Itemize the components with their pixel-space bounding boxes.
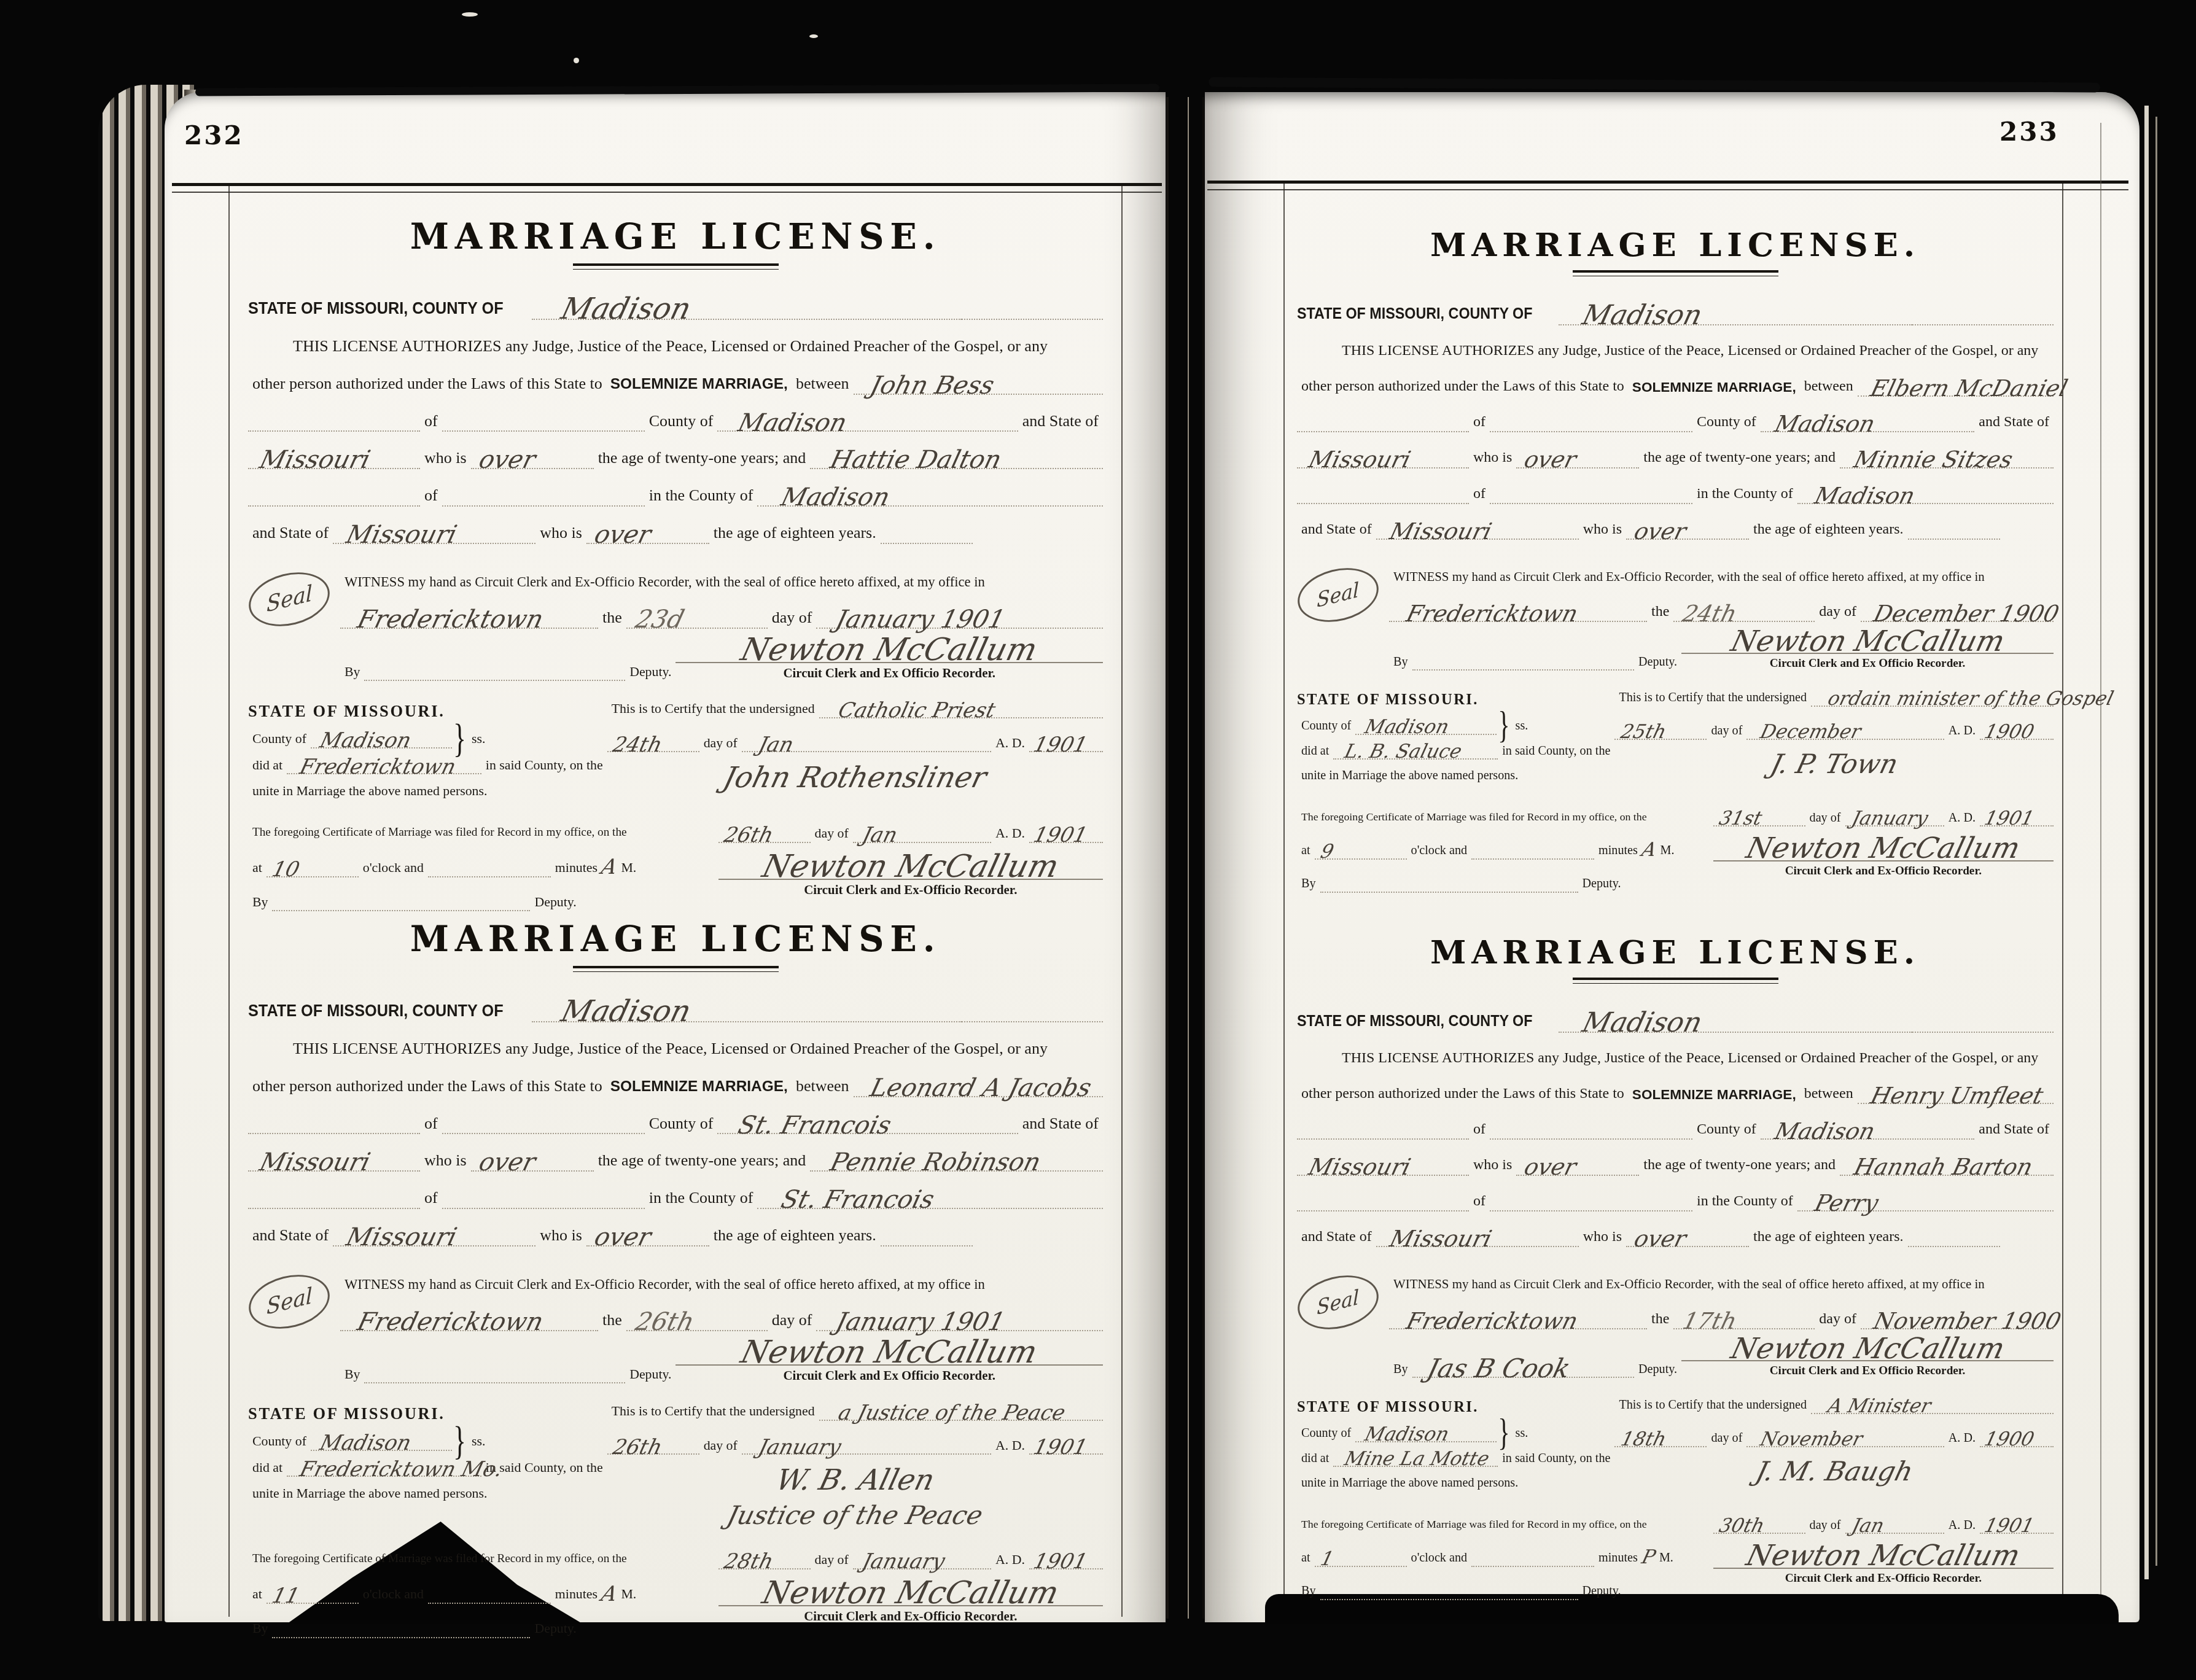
and-state-of-label: and State of: [1974, 413, 2054, 432]
foregoing-label: The foregoing Certificate of Marriage wa…: [1297, 811, 1651, 825]
ss-brace: }: [1497, 1420, 1511, 1446]
who-is-label: who is: [1469, 449, 1516, 468]
blank-line: [248, 1189, 420, 1209]
filed-month-blank: January: [853, 1553, 991, 1569]
cert-month-handwritten: November: [1758, 1431, 1864, 1449]
groom-county-blank: Madison: [717, 413, 1018, 432]
officiant-signature-handwritten: W. B. Allen: [773, 1467, 936, 1494]
witness-section: Seal WITNESS my hand as Circuit Clerk an…: [1297, 561, 2054, 671]
bride-age-handwritten: over: [592, 523, 653, 546]
filed-day-handwritten: 26th: [722, 825, 775, 845]
bride-name-blank: Hannah Barton: [1840, 1157, 2054, 1176]
county-handwritten: Madison: [558, 998, 693, 1026]
filed-hour-blank: 1: [1315, 1552, 1407, 1567]
cert-county-handwritten: Madison: [318, 1433, 413, 1453]
groom-state-blank: Missouri: [1297, 450, 1469, 469]
ad-label: A. D.: [1944, 811, 1980, 827]
state-of-missouri-label: STATE OF MISSOURI.: [248, 1404, 607, 1423]
blank-line: [962, 300, 1103, 320]
certify-label: This is to Certify that the undersigned: [607, 701, 819, 718]
deputy-label: Deputy.: [530, 1620, 580, 1638]
age18-label: the age of eighteen years.: [1749, 1228, 1908, 1247]
authorizes-line2: other person authorized under the Laws o…: [248, 1076, 607, 1097]
age21-label: the age of twenty-one years; and: [594, 448, 811, 469]
witness-month-blank: January 1901: [816, 1312, 1103, 1331]
clerk-signature-handwritten: Newton McCallum: [738, 635, 1040, 664]
blank-line: [1490, 1193, 1692, 1211]
ad-label: A. D.: [1944, 1518, 1980, 1534]
certificate-section: STATE OF MISSOURI. County of Madison } s…: [248, 1394, 1103, 1527]
county-handwritten: Madison: [558, 295, 693, 324]
officiant-blank: ordain minister of the Gospel: [1811, 691, 2054, 707]
solemnize-label: SOLEMNIZE MARRIAGE,: [1629, 1086, 1800, 1105]
witness-place-blank: Fredericktown: [340, 1312, 598, 1331]
filed-hour-blank: 11: [267, 1587, 359, 1604]
witness-month-handwritten: January 1901: [833, 608, 1007, 631]
groom-name-blank: Leonard A Jacobs: [854, 1078, 1104, 1097]
groom-county-blank: St. Francois: [717, 1115, 1018, 1135]
minutes-label: minutes: [551, 860, 602, 877]
cert-year-handwritten: 1900: [1983, 1431, 2036, 1449]
ad-label: A. D.: [1944, 1431, 1980, 1447]
blank-line: [442, 1189, 645, 1209]
between-label: between: [1800, 1085, 1858, 1104]
head-rule-right-thin: [1207, 189, 2128, 190]
cert-place-handwritten: Fredericktown Mo.: [298, 1460, 505, 1479]
marriage-license-form: MARRIAGE LICENSE. STATE OF MISSOURI, COU…: [248, 216, 1103, 911]
and-state-of-label: and State of: [1297, 521, 1376, 540]
bride-county-blank: Madison: [1797, 486, 2054, 504]
county-of-label: County of: [248, 1433, 311, 1451]
bride-name-handwritten: Hattie Dalton: [828, 448, 1003, 472]
groom-county-handwritten: Madison: [736, 411, 849, 435]
seal-text: Seal: [267, 1285, 313, 1318]
day-of-label: day of: [1805, 1518, 1845, 1534]
page-number-left: 232: [184, 120, 244, 150]
filed-year-blank: 1901: [1980, 1519, 2054, 1534]
cert-day-blank: 18th: [1614, 1431, 1707, 1447]
license-title: MARRIAGE LICENSE.: [248, 919, 1103, 960]
at-label: at: [1297, 1550, 1315, 1567]
cert-year-blank: 1900: [1980, 1431, 2054, 1447]
and-state-of-label: and State of: [248, 523, 333, 544]
license-title: MARRIAGE LICENSE.: [1297, 226, 2054, 264]
marriage-license-form: MARRIAGE LICENSE. STATE OF MISSOURI, COU…: [1297, 226, 2054, 893]
blank-line: [962, 1003, 1103, 1022]
authorizes-line2: other person authorized under the Laws o…: [1297, 1085, 1629, 1104]
bride-state-blank: Missouri: [333, 1227, 535, 1246]
ad-label: A. D.: [1944, 723, 1980, 740]
county-blank: Madison: [1559, 307, 1912, 325]
bride-age-handwritten: over: [1632, 1228, 1689, 1250]
seal-mark: Seal: [1297, 561, 1389, 671]
county-of-label: County of: [1692, 413, 1761, 432]
witness-month-handwritten: January 1901: [833, 1310, 1007, 1334]
of-label: of: [420, 411, 442, 432]
in-county-of-label: in the County of: [1692, 485, 1797, 504]
blank-line: [1490, 414, 1692, 433]
did-at-label: did at: [1297, 1451, 1333, 1468]
m-label: M.: [617, 860, 640, 877]
groom-name-blank: Elbern McDaniel: [1858, 379, 2054, 397]
certificate-section: STATE OF MISSOURI. County of Madison } s…: [248, 692, 1103, 801]
witness-day-handwritten: 23d: [633, 608, 687, 631]
solemnize-label: SOLEMNIZE MARRIAGE,: [607, 375, 792, 395]
groom-age-handwritten: over: [477, 448, 538, 472]
seal-oval: Seal: [1292, 560, 1384, 630]
filed-year-blank: 1901: [1980, 811, 2054, 826]
cert-year-blank: 1900: [1980, 724, 2054, 739]
blank-line: [1297, 1193, 1469, 1211]
blank-line: [1912, 307, 2054, 325]
cert-place-blank: Fredericktown: [287, 758, 481, 774]
blank-line: [1908, 1229, 2000, 1248]
day-of-label: day of: [1815, 1310, 1861, 1329]
cert-place-blank: Mine La Motte: [1333, 1452, 1498, 1467]
groom-county-blank: Madison: [1761, 1122, 1975, 1140]
foregoing-label: The foregoing Certificate of Marriage wa…: [248, 1552, 631, 1567]
did-at-label: did at: [248, 1460, 287, 1477]
license-slot-right-top: MARRIAGE LICENSE. STATE OF MISSOURI, COU…: [1297, 226, 2054, 893]
officiant-signature-handwritten: John Rothensliner: [721, 764, 990, 791]
age21-label: the age of twenty-one years; and: [1639, 449, 1840, 468]
witness-section: Seal WITNESS my hand as Circuit Clerk an…: [1297, 1268, 2054, 1378]
state-county-label: STATE OF MISSOURI, COUNTY OF: [248, 298, 504, 320]
bride-age-handwritten: over: [592, 1226, 653, 1249]
filed-day-handwritten: 31st: [1717, 810, 1764, 828]
by-label: By: [340, 664, 364, 681]
witness-statement: WITNESS my hand as Circuit Clerk and Ex-…: [340, 1276, 989, 1294]
filed-day-handwritten: 30th: [1717, 1517, 1766, 1536]
of-label: of: [1469, 485, 1490, 504]
minutes-label: minutes: [1594, 843, 1642, 860]
clerk-signature-handwritten: Newton McCallum: [1728, 1336, 2007, 1363]
filed-month-blank: Jan: [1845, 1519, 1944, 1534]
who-is-label: who is: [535, 523, 586, 544]
witness-place-handwritten: Fredericktown: [356, 608, 546, 631]
minutes-blank: [1471, 844, 1594, 860]
officiant-blank: A Minister: [1811, 1399, 2054, 1414]
by-label: By: [340, 1367, 364, 1383]
foregoing-label: The foregoing Certificate of Marriage wa…: [248, 825, 631, 841]
filed-clerk-signature-handwritten: Newton McCallum: [760, 1578, 1062, 1608]
the-label: the: [1647, 603, 1673, 622]
bride-state-blank: Missouri: [333, 524, 535, 544]
blank-line: [248, 487, 420, 507]
blank-line: [272, 1621, 530, 1638]
filed-day-blank: 30th: [1713, 1519, 1805, 1534]
cert-day-handwritten: 25th: [1619, 723, 1668, 742]
certify-label: This is to Certify that the undersigned: [1614, 1398, 1811, 1414]
seal-mark: Seal: [248, 565, 340, 681]
oclock-label: o'clock and: [1407, 843, 1472, 860]
cert-day-blank: 26th: [607, 1438, 699, 1455]
seal-mark: Seal: [248, 1267, 340, 1383]
filed-section: The foregoing Certificate of Marriage wa…: [1297, 1509, 2054, 1600]
head-rule-left-thin: [172, 192, 1162, 193]
authorizes-line: THIS LICENSE AUTHORIZES any Judge, Justi…: [1337, 1049, 2042, 1068]
cert-place-handwritten: L. B. Saluce: [1342, 743, 1463, 761]
blank-line: [272, 895, 530, 911]
seal-text: Seal: [1317, 1288, 1360, 1318]
officiant-title-handwritten: Justice of the Peace: [725, 1503, 985, 1528]
witness-day-blank: 23d: [626, 609, 768, 629]
license-title: MARRIAGE LICENSE.: [248, 216, 1103, 257]
bride-county-handwritten: Madison: [1812, 485, 1917, 507]
the-label: the: [1647, 1310, 1673, 1329]
and-state-of-label: and State of: [1297, 1228, 1376, 1247]
who-is-label: who is: [420, 1151, 471, 1172]
groom-name-handwritten: John Bess: [868, 374, 996, 397]
seal-mark: Seal: [1297, 1268, 1389, 1378]
groom-name-handwritten: Elbern McDaniel: [1869, 378, 2070, 399]
unite-label: unite in Marriage the above named person…: [248, 783, 491, 801]
witness-place-handwritten: Fredericktown: [1404, 603, 1580, 624]
certify-label: This is to Certify that the undersigned: [607, 1403, 819, 1421]
age21-label: the age of twenty-one years; and: [1639, 1156, 1840, 1175]
who-is-label: who is: [535, 1226, 586, 1246]
blank-line: [1912, 1014, 2054, 1033]
top-edge-strip-right: [1209, 77, 2100, 93]
day-of-label: day of: [811, 825, 853, 843]
filed-clerk-signature-handwritten: Newton McCallum: [1744, 1542, 2023, 1569]
cert-month-handwritten: Jan: [757, 735, 796, 755]
groom-age-handwritten: over: [1522, 449, 1579, 470]
right-page-edge-line: [2100, 123, 2101, 1609]
scan-speck: [462, 12, 478, 17]
groom-name-handwritten: Henry Umfleet: [1869, 1085, 2046, 1106]
authorizes-line: THIS LICENSE AUTHORIZES any Judge, Justi…: [289, 336, 1052, 357]
day-of-label: day of: [811, 1552, 853, 1569]
did-at-label: did at: [1297, 744, 1333, 760]
filed-month-blank: January: [1845, 811, 1944, 826]
minutes-label: minutes: [1594, 1550, 1642, 1567]
right-edge-highlight-1: [2144, 106, 2149, 1579]
bride-county-handwritten: Perry: [1812, 1192, 1880, 1214]
blank-line: [1490, 1122, 1692, 1140]
who-is-label: who is: [1579, 521, 1626, 540]
who-is-label: who is: [1579, 1228, 1626, 1247]
authorizes-line: THIS LICENSE AUTHORIZES any Judge, Justi…: [1337, 342, 2042, 361]
minutes-label: minutes: [551, 1586, 602, 1604]
officiant-blank: Catholic Priest: [819, 702, 1103, 718]
authorizes-line2: other person authorized under the Laws o…: [1297, 378, 1629, 397]
blank-line: [1297, 1122, 1469, 1140]
cert-month-blank: November: [1746, 1431, 1944, 1447]
witness-place-handwritten: Fredericktown: [356, 1310, 546, 1334]
title-rule: [573, 263, 779, 270]
cert-day-handwritten: 18th: [1619, 1431, 1668, 1449]
cert-county-blank: Madison: [311, 732, 452, 749]
and-state-of-label: and State of: [1018, 411, 1103, 432]
solemnize-label: SOLEMNIZE MARRIAGE,: [607, 1078, 792, 1097]
at-label: at: [248, 860, 267, 877]
county-of-label: County of: [645, 1114, 718, 1135]
at-label: at: [248, 1586, 267, 1604]
bride-name-blank: Minnie Sitzes: [1840, 450, 2054, 469]
title-rule: [573, 966, 779, 972]
bride-county-blank: Perry: [1797, 1193, 2054, 1211]
deputy-blank: [364, 663, 625, 681]
state-of-missouri-label: STATE OF MISSOURI.: [248, 702, 607, 721]
bride-state-handwritten: Missouri: [345, 1226, 459, 1249]
of-label: of: [420, 1114, 442, 1135]
cert-year-handwritten: 1900: [1983, 723, 2036, 742]
m-label: M.: [617, 1586, 640, 1604]
ss-brace: }: [1497, 713, 1511, 739]
marriage-license-form: MARRIAGE LICENSE. STATE OF MISSOURI, COU…: [1297, 933, 2054, 1600]
seal-oval: Seal: [243, 564, 335, 634]
gutter-line-2: [1188, 97, 1189, 1619]
cert-year-handwritten: 1901: [1032, 1437, 1089, 1457]
cert-year-handwritten: 1901: [1032, 735, 1089, 755]
minutes-blank: [428, 860, 551, 877]
witness-month-handwritten: November 1900: [1872, 1310, 2063, 1332]
cert-place-blank: Fredericktown Mo.: [287, 1460, 481, 1477]
blank-line: [248, 1115, 420, 1135]
witness-month-handwritten: December 1900: [1872, 603, 2062, 624]
clerk-signature-handwritten: Newton McCallum: [738, 1337, 1040, 1367]
officiant-signature-handwritten: J. M. Baugh: [1753, 1460, 1915, 1485]
groom-age-blank: over: [1516, 1157, 1639, 1176]
ss-brace: }: [452, 725, 467, 753]
title-rule: [1573, 270, 1778, 276]
foregoing-label: The foregoing Certificate of Marriage wa…: [1297, 1518, 1651, 1533]
witness-section: Seal WITNESS my hand as Circuit Clerk an…: [248, 565, 1103, 681]
ad-label: A. D.: [991, 1552, 1029, 1569]
county-blank: Madison: [532, 300, 962, 320]
county-handwritten: Madison: [1580, 303, 1705, 329]
in-said-county-label: in said County, on the: [1498, 744, 1614, 760]
county-of-label: County of: [1692, 1121, 1761, 1140]
filed-year-blank: 1901: [1029, 1553, 1103, 1569]
blank-line: [248, 413, 420, 432]
bride-name-blank: Hattie Dalton: [810, 449, 1103, 469]
blank-line: [1320, 1584, 1578, 1600]
of-label: of: [1469, 413, 1490, 432]
bride-county-blank: St. Francois: [757, 1189, 1103, 1209]
head-rule-left: [172, 183, 1162, 186]
groom-county-handwritten: St. Francois: [736, 1114, 894, 1137]
filed-day-blank: 26th: [718, 826, 811, 842]
witness-day-blank: 26th: [626, 1312, 768, 1331]
clerk-signature-handwritten: Newton McCallum: [1728, 628, 2007, 655]
groom-state-blank: Missouri: [248, 1152, 420, 1172]
filed-hour-blank: 10: [267, 860, 359, 877]
deputy-label: Deputy.: [1578, 1584, 1626, 1600]
cert-county-handwritten: Madison: [318, 731, 413, 750]
filed-month-handwritten: January: [860, 1552, 947, 1571]
ss-label: ss.: [1511, 1426, 1533, 1442]
filed-year-handwritten: 1901: [1032, 1552, 1089, 1571]
solemnize-label: SOLEMNIZE MARRIAGE,: [1629, 379, 1800, 397]
groom-name-blank: Henry Umfleet: [1858, 1086, 2054, 1105]
seal-oval: Seal: [1292, 1267, 1384, 1337]
oclock-label: o'clock and: [1407, 1550, 1472, 1567]
by-label: By: [1297, 1584, 1320, 1600]
deputy-label: Deputy.: [625, 1367, 676, 1383]
gutter-line-1: [1166, 97, 1169, 1619]
officiant-handwritten: a Justice of the Peace: [836, 1403, 1067, 1423]
cert-day-blank: 25th: [1614, 724, 1707, 739]
bride-county-handwritten: St. Francois: [779, 1188, 936, 1211]
day-of-label: day of: [1815, 603, 1861, 622]
deputy-blank: [364, 1365, 625, 1383]
cert-county-handwritten: Madison: [1363, 1426, 1451, 1444]
filed-month-handwritten: Jan: [1850, 1517, 1886, 1536]
of-label: of: [1469, 1121, 1490, 1140]
witness-statement: WITNESS my hand as Circuit Clerk and Ex-…: [1389, 1277, 1989, 1293]
bride-age-blank: over: [1626, 1229, 1749, 1248]
groom-state-handwritten: Missouri: [257, 1151, 372, 1174]
blank-line: [1908, 522, 2000, 540]
seal-oval: Seal: [243, 1267, 335, 1337]
and-state-of-label: and State of: [1974, 1121, 2054, 1140]
deputy-signature-handwritten: Jas B Cook: [1425, 1356, 1573, 1381]
age18-label: the age of eighteen years.: [709, 1226, 881, 1246]
county-blank: Madison: [532, 1003, 962, 1022]
filed-day-blank: 31st: [1713, 811, 1805, 826]
filed-clerk-signature-handwritten: Newton McCallum: [760, 852, 1062, 881]
cert-place-blank: L. B. Saluce: [1333, 744, 1498, 760]
scan-speck: [809, 34, 818, 38]
witness-month-blank: November 1900: [1861, 1311, 2054, 1329]
of-label: of: [1469, 1192, 1490, 1211]
witness-place-blank: Fredericktown: [340, 609, 598, 629]
and-state-of-label: and State of: [248, 1226, 333, 1246]
filed-clerk-signature-handwritten: Newton McCallum: [1744, 835, 2023, 862]
witness-day-blank: 17th: [1673, 1311, 1815, 1329]
license-slot-left-bottom: MARRIAGE LICENSE. STATE OF MISSOURI, COU…: [248, 919, 1103, 1638]
witness-month-blank: January 1901: [816, 609, 1103, 629]
deputy-blank: [1412, 653, 1634, 671]
bride-name-handwritten: Minnie Sitzes: [1852, 449, 2015, 470]
cert-month-blank: January: [742, 1438, 991, 1455]
groom-state-handwritten: Missouri: [1306, 449, 1412, 470]
day-of-label: day of: [1707, 1431, 1746, 1447]
cert-year-blank: 1901: [1029, 736, 1103, 752]
license-slot-right-bottom: MARRIAGE LICENSE. STATE OF MISSOURI, COU…: [1297, 933, 2054, 1600]
at-label: at: [1297, 843, 1315, 860]
authorizes-line2: other person authorized under the Laws o…: [248, 374, 607, 395]
deputy-blank: Jas B Cook: [1412, 1361, 1634, 1378]
blank-line: [442, 487, 645, 507]
and-state-of-label: and State of: [1018, 1114, 1103, 1135]
witness-place-blank: Fredericktown: [1389, 1311, 1647, 1329]
bride-county-blank: Madison: [757, 487, 1103, 507]
groom-state-blank: Missouri: [1297, 1157, 1469, 1176]
county-of-label: County of: [248, 731, 311, 749]
cert-month-blank: Jan: [742, 736, 991, 752]
witness-statement: WITNESS my hand as Circuit Clerk and Ex-…: [1389, 569, 1989, 586]
state-county-label: STATE OF MISSOURI, COUNTY OF: [1297, 1012, 1532, 1033]
cert-month-blank: December: [1746, 724, 1944, 739]
license-slot-left-top: MARRIAGE LICENSE. STATE OF MISSOURI, COU…: [248, 216, 1103, 911]
filed-month-blank: Jan: [853, 826, 991, 842]
between-label: between: [792, 1076, 854, 1097]
bride-state-blank: Missouri: [1376, 1229, 1579, 1248]
filed-section: The foregoing Certificate of Marriage wa…: [248, 817, 1103, 911]
margin-rule-left-page-left: [228, 186, 230, 1617]
groom-name-handwritten: Leonard A Jacobs: [868, 1076, 1094, 1100]
filed-year-blank: 1901: [1029, 826, 1103, 842]
day-of-label: day of: [1707, 723, 1746, 740]
groom-county-handwritten: Madison: [1773, 413, 1877, 435]
bride-age-blank: over: [586, 524, 709, 544]
who-is-label: who is: [420, 448, 471, 469]
who-is-label: who is: [1469, 1156, 1516, 1175]
county-handwritten: Madison: [1580, 1010, 1705, 1036]
